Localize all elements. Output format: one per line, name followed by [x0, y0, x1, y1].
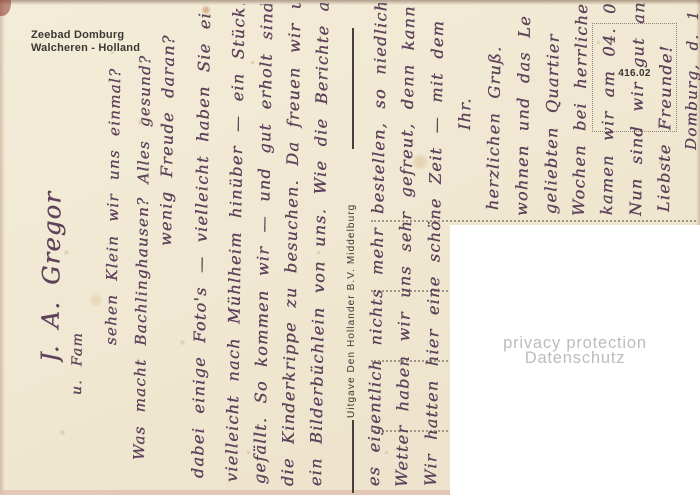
privacy-overlay: privacy protection Datenschutz — [450, 225, 700, 495]
handwriting-line: kamen wir am 04. 0 — [597, 4, 625, 215]
handwriting-line: Ihr. — [455, 25, 482, 130]
handwriting-line: gefällt. So kommen wir — und gut erholt … — [250, 4, 283, 484]
handwriting-line: Wochen bei herrlichem — [569, 3, 597, 216]
imprint-line2: Walcheren - Holland — [31, 42, 140, 55]
publisher-imprint: Zeebad Domburg Walcheren - Holland — [31, 29, 140, 55]
privacy-text-de: Datenschutz — [450, 351, 700, 366]
handwriting-line: Domburg, d. 17. 8. — [682, 8, 700, 150]
handwriting-line: sehen Klein wir uns einmal? — [102, 60, 129, 345]
handwriting-line: vielleicht nach Mühlheim hinüber — ein S… — [222, 4, 255, 482]
handwriting-line: Liebste Freunde! — [654, 4, 682, 212]
scan-edge-bottom — [0, 490, 452, 495]
handwriting-line: wenig Freude daran? — [156, 28, 184, 246]
imprint-line1: Zeebad Domburg — [31, 29, 140, 42]
divider-line-bottom — [352, 420, 354, 493]
handwriting-line: geliebten Quartier — [541, 4, 569, 214]
divider-line-top — [352, 28, 354, 149]
handwriting-line: Wetter haben wir uns sehr gefreut, denn … — [392, 3, 425, 487]
handwriting-line: es eigentlich nichts mehr bestellen, so … — [364, 3, 397, 486]
handwriting-line: die Kinderkrippe zu besuchen. Da freuen … — [278, 3, 311, 486]
handwriting-line: ein Bilderbüchlein von uns. Wie die Beri… — [306, 3, 339, 486]
handwriting-line: Nun sind wir gut ange — [626, 3, 654, 216]
postcard-scan: Zeebad Domburg Walcheren - Holland 416.0… — [0, 0, 700, 495]
handwriting-line: Wir hatten hier eine schöne Zeit — mit d… — [421, 3, 454, 486]
corner-stain — [0, 0, 11, 16]
publisher-credit: Uitgave Den Hollander B.V. Middelburg — [346, 152, 360, 418]
handwriting-line: Was macht Bachlinghausen? Alles gesund? — [130, 55, 159, 460]
handwriting-line: herzlichen Gruß. — [483, 4, 511, 210]
handwriting-line: wohnen und das Le — [512, 3, 540, 216]
scan-edge-left — [0, 0, 5, 495]
handwriting-line: J. A. Gregor — [36, 190, 76, 363]
handwriting-line: dabei einige Foto's — vielleicht haben S… — [188, 12, 220, 478]
